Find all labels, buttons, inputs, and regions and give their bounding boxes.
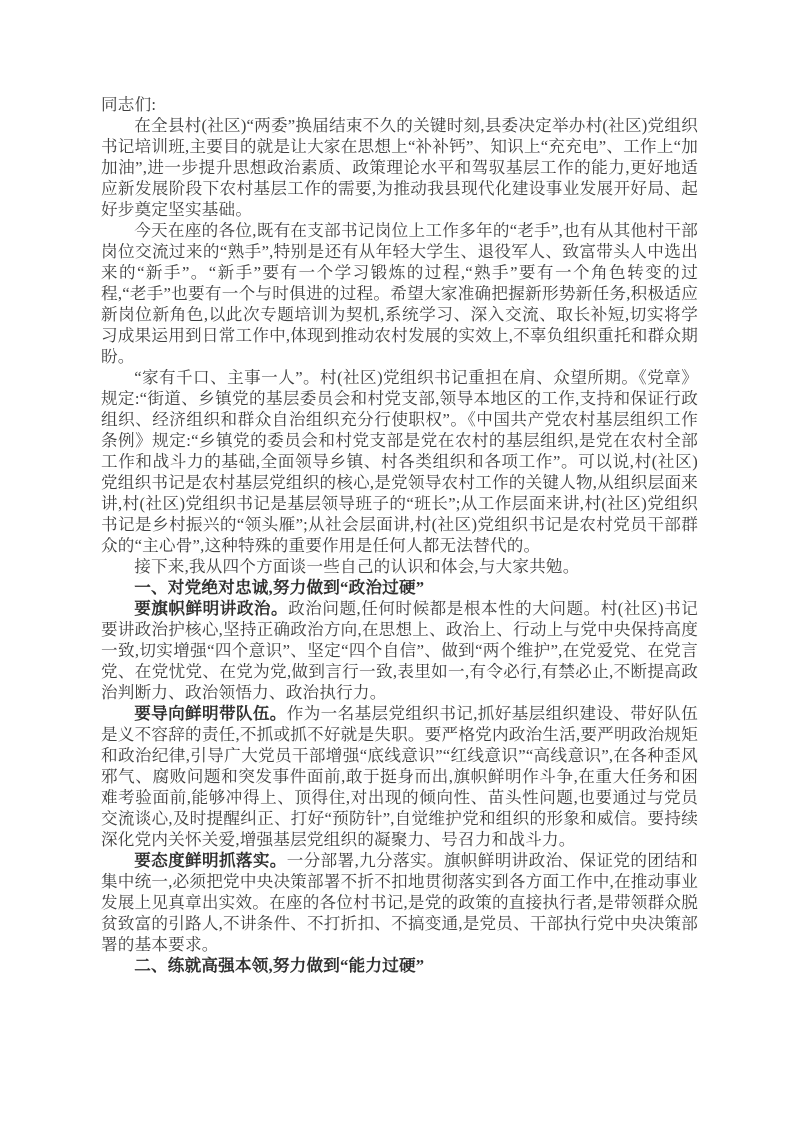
document-page: 同志们:在全县村(社区)“两委”换届结束不久的关键时刻,县委决定举办村(社区)党…: [0, 0, 793, 1122]
body-paragraph: 今天在座的各位,既有在支部书记岗位上工作多年的“老手”,也有从其他村干部岗位交流…: [101, 220, 698, 367]
paragraph-lead: 要导向鲜明带队伍。: [134, 704, 287, 723]
section-heading: 一、对党绝对忠诚,努力做到“政治过硬”: [101, 577, 698, 598]
document-body: 同志们:在全县村(社区)“两委”换届结束不久的关键时刻,县委决定举办村(社区)党…: [101, 94, 698, 976]
paragraph-text: 二、练就高强本领,努力做到“能力过硬”: [134, 956, 424, 975]
body-paragraph: 要旗帜鲜明讲政治。政治问题,任何时候都是根本性的大问题。村(社区)书记要讲政治护…: [101, 598, 698, 703]
paragraph-text: 今天在座的各位,既有在支部书记岗位上工作多年的“老手”,也有从其他村干部岗位交流…: [101, 221, 698, 366]
section-heading: 二、练就高强本领,努力做到“能力过硬”: [101, 955, 698, 976]
paragraph-text: 同志们:: [101, 95, 156, 114]
body-paragraph: 要态度鲜明抓落实。一分部署,九分落实。旗帜鲜明讲政治、保证党的团结和集中统一,必…: [101, 850, 698, 955]
paragraph-text: 一、对党绝对忠诚,努力做到“政治过硬”: [134, 578, 424, 597]
paragraph-text: 在全县村(社区)“两委”换届结束不久的关键时刻,县委决定举办村(社区)党组织书记…: [101, 116, 698, 219]
body-paragraph: “家有千口、主事一人”。村(社区)党组织书记重担在肩、众望所期。《党章》规定:“…: [101, 367, 698, 556]
paragraph-text: “家有千口、主事一人”。村(社区)党组织书记重担在肩、众望所期。《党章》规定:“…: [101, 368, 698, 555]
body-paragraph: 要导向鲜明带队伍。作为一名基层党组织书记,抓好基层组织建设、带好队伍是义不容辞的…: [101, 703, 698, 850]
salutation-line: 同志们:: [101, 94, 698, 115]
paragraph-text: 接下来,我从四个方面谈一些自己的认识和体会,与大家共勉。: [134, 557, 579, 576]
paragraph-lead: 要态度鲜明抓落实。: [134, 851, 287, 870]
paragraph-lead: 要旗帜鲜明讲政治。: [134, 599, 288, 618]
body-paragraph: 在全县村(社区)“两委”换届结束不久的关键时刻,县委决定举办村(社区)党组织书记…: [101, 115, 698, 220]
body-paragraph: 接下来,我从四个方面谈一些自己的认识和体会,与大家共勉。: [101, 556, 698, 577]
paragraph-text: 作为一名基层党组织书记,抓好基层组织建设、带好队伍是义不容辞的责任,不抓或抓不好…: [101, 704, 698, 849]
